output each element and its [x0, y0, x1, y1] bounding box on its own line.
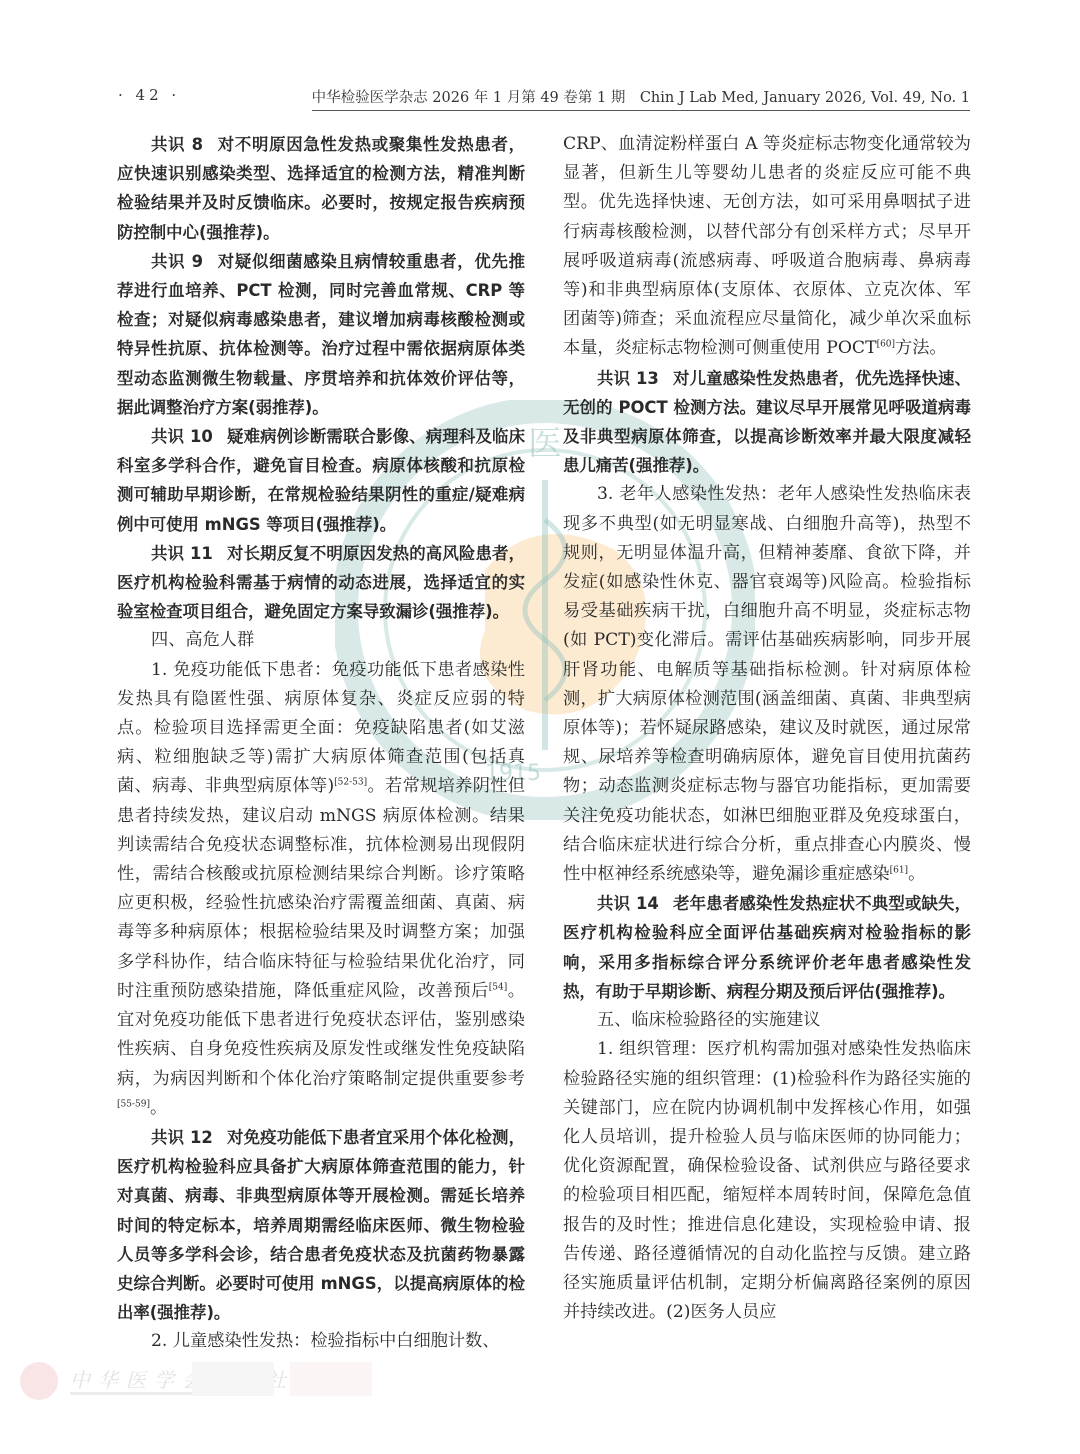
svg-text:医: 医 [528, 424, 562, 464]
left-column: 共识 8对不明原因急性发热或聚集性发热患者，应快速识别感染类型、选择适宜的检测方… [117, 130, 525, 1357]
consensus-11: 共识 11对长期反复不明原因发热的高风险患者，医疗机构检验科需基于病情的动态进展… [117, 539, 525, 627]
footer-badge [192, 1362, 274, 1396]
paragraph-organization: 1. 组织管理：医疗机构需加强对感染性发热临床检验路径实施的组织管理：(1)检验… [563, 1035, 971, 1327]
citation: [54] [489, 982, 507, 992]
citation: [52-53] [334, 778, 367, 788]
section-heading-implementation: 五、临床检验路径的实施建议 [563, 1006, 971, 1035]
consensus-8: 共识 8对不明原因急性发热或聚集性发热患者，应快速识别感染类型、选择适宜的检测方… [117, 130, 525, 247]
paragraph-immunocompromised: 1. 免疫功能低下患者：免疫功能低下患者感染性发热具有隐匿性强、病原体复杂、炎症… [117, 656, 525, 1123]
consensus-9: 共识 9对疑似细菌感染且病情较重患者，优先推荐进行血培养、PCT 检测，同时完善… [117, 247, 525, 422]
footer-badge [290, 1362, 372, 1396]
page-number: · 42 · [118, 86, 180, 104]
publisher-logo: 中华医学会杂志社 [20, 1362, 490, 1422]
right-column: CRP、血清淀粉样蛋白 A 等炎症标志物变化通常较为显著，但新生儿等婴幼儿患者的… [563, 130, 971, 1327]
consensus-14: 共识 14老年患者感染性发热症状不典型或缺失，医疗机构检验科应全面评估基础疾病对… [563, 889, 971, 1006]
citation: [55-59] [117, 1099, 150, 1109]
consensus-13: 共识 13对儿童感染性发热患者，优先选择快速、无创的 POCT 检测方法。建议尽… [563, 364, 971, 481]
citation: [60] [877, 340, 895, 350]
running-head: 中华检验医学杂志 2026 年 1 月第 49 卷第 1 期 Chin J La… [312, 86, 970, 111]
citation: [61] [890, 865, 908, 875]
seal-icon [20, 1362, 58, 1400]
paragraph-children: 2. 儿童感染性发热：检验指标中白细胞计数、 [117, 1327, 525, 1356]
paragraph-children-continued: CRP、血清淀粉样蛋白 A 等炎症标志物变化通常较为显著，但新生儿等婴幼儿患者的… [563, 130, 971, 364]
consensus-10: 共识 10疑难病例诊断需联合影像、病理科及临床科室多学科合作，避免盲目检查。病原… [117, 422, 525, 539]
consensus-12: 共识 12对免疫功能低下患者宜采用个体化检测，医疗机构检验科应具备扩大病原体筛查… [117, 1123, 525, 1327]
section-heading-high-risk: 四、高危人群 [117, 626, 525, 655]
page-header: · 42 · 中华检验医学杂志 2026 年 1 月第 49 卷第 1 期 Ch… [118, 86, 970, 112]
paragraph-elderly: 3. 老年人感染性发热：老年人感染性发热临床表现多不典型(如无明显寒战、白细胞升… [563, 480, 971, 889]
